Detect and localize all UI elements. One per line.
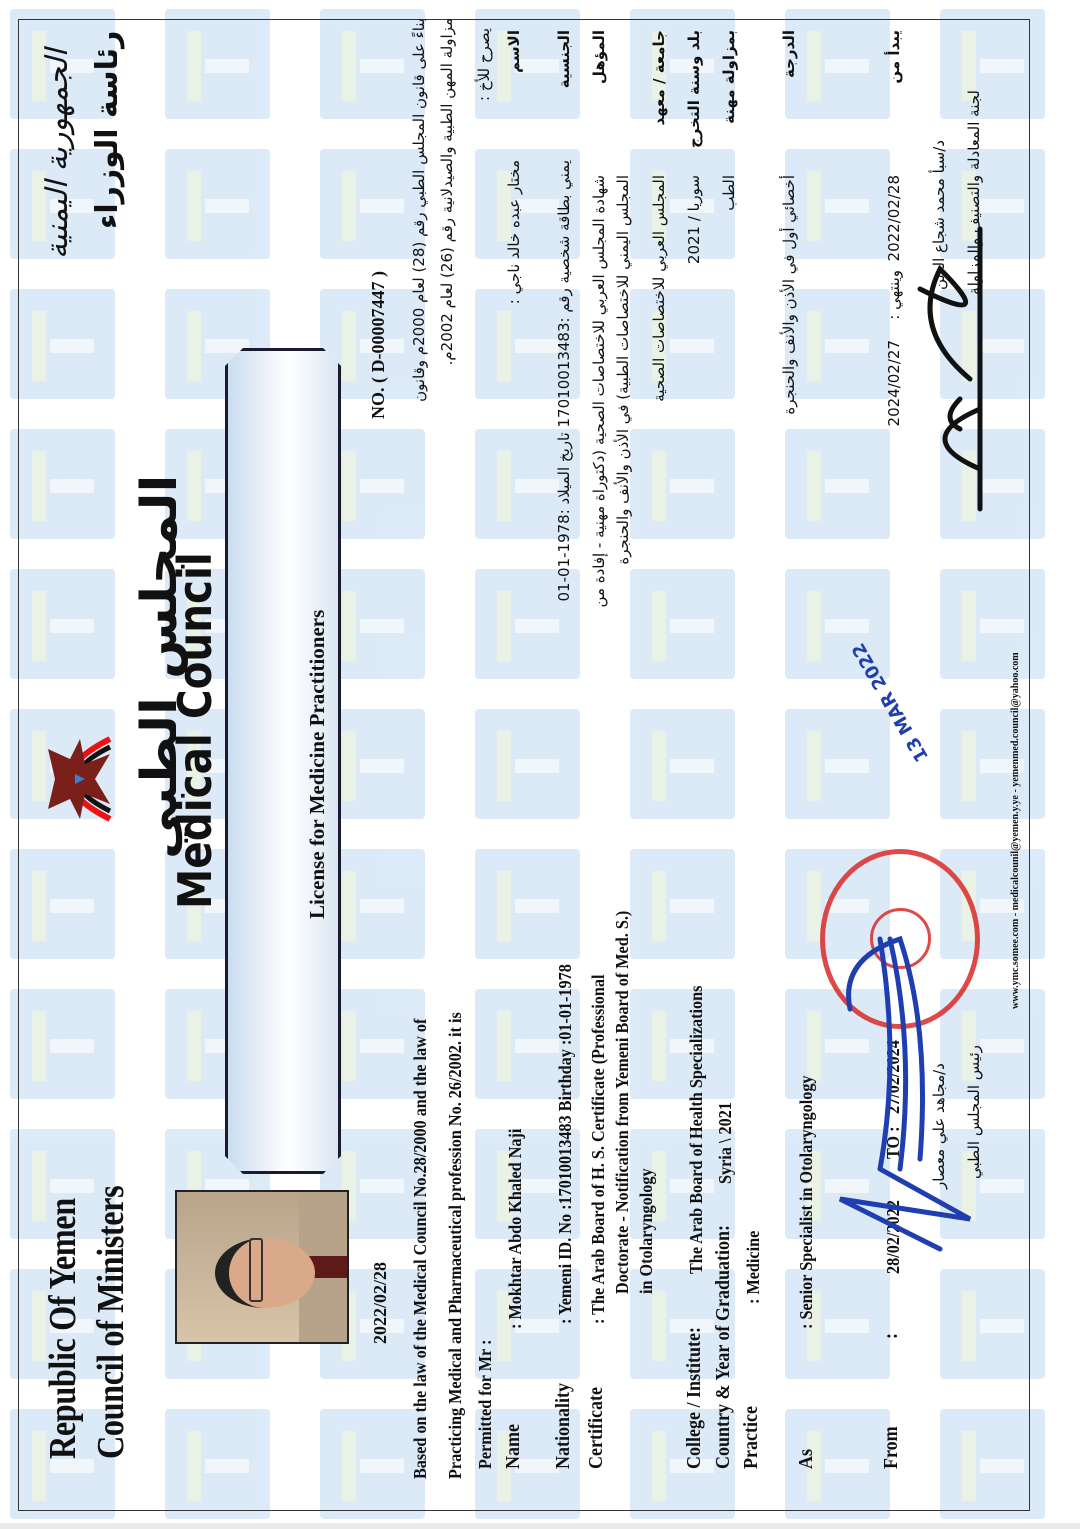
college-label-ar: جامعة / معهد [650, 30, 668, 126]
name-label: Name [502, 1424, 525, 1469]
from-label: From [880, 1426, 903, 1469]
as-label: As [795, 1449, 818, 1469]
scan-bottom-edge [0, 1523, 1080, 1529]
name-label-ar: الاسم [505, 30, 523, 73]
nationality-value-ar: يمني بطاقة شخصية رقم :17010013483 تاريخ … [555, 160, 573, 601]
qualification-value-ar-line2: المجلس اليمني للاختصاصات الطبية) في الأذ… [614, 175, 632, 565]
qualification-label-ar: المؤهل [590, 30, 608, 84]
nationality-label-ar: الجنسية [555, 30, 573, 88]
from-label-ar: يبدأ من [885, 30, 903, 84]
college-value: The Arab Board of Health Specializations [686, 986, 707, 1274]
certificate-value-line1: : The Arab Board of H. S. Certificate (P… [588, 975, 609, 1324]
license-certificate: Republic Of Yemen Council of Ministers 2… [0, 0, 1080, 1529]
practice-label-ar: بمزاولة مهنة [720, 30, 738, 124]
received-date-stamp: 13 MAR 2022 [848, 639, 933, 765]
college-label: College / Institute: [683, 1327, 706, 1469]
license-number-value: ( D-00007447 ) [368, 271, 388, 383]
intro-ar-line3: يصرح للأخ : [475, 28, 493, 101]
graduation-label-ar: بلد وسنة التخرج [685, 30, 703, 148]
graduation-value: Syria \ 2021 [715, 1102, 736, 1184]
signature-blue-icon [820, 929, 1020, 1259]
certificate-value-line2: Doctorate - Notification from Yemeni Boa… [612, 911, 633, 1294]
signature-black-icon [900, 199, 1020, 529]
license-number-label: NO. [368, 388, 388, 420]
college-value-ar: المجلس العربي للاختصاصات الصحية [650, 175, 668, 402]
from-colon: : [880, 1333, 903, 1339]
grade-label-ar: الدرجة [780, 30, 798, 78]
holder-photo [175, 1190, 349, 1344]
practice-value: : Medicine [743, 1231, 764, 1304]
license-title-en: License for Medicine Practitioners [305, 610, 330, 919]
intro-ar-line1: بناءً على قانون المجلس الطبي رقم (28) لع… [410, 18, 428, 402]
name-value: : Mokhtar Abdo Khaled Naji [505, 1129, 526, 1329]
council-of-ministers-en: Council of Ministers [88, 1186, 136, 1459]
qualification-value-ar-line1: شهادة المجلس العربي للاختصاصات الصحية (د… [590, 175, 608, 608]
issue-date: 2022/02/28 [370, 1262, 391, 1344]
footer-contact: www.ymc.somee.com - medicalcounil@yemen.… [1010, 652, 1021, 1009]
as-value: : Senior Specialist in Otolaryngology [796, 1075, 817, 1329]
nationality-value: : Yemeni ID. No :17010013483 Birthday :0… [555, 964, 576, 1324]
certificate-value-line3: in Otolaryngology [636, 1168, 657, 1294]
intro-en-line3: Permitted for Mr : [475, 1340, 496, 1469]
practice-value-ar: الطب [720, 175, 738, 211]
yemen-eagle-emblem-icon [40, 719, 130, 839]
certificate-label: Certificate [585, 1387, 608, 1469]
license-number: NO. ( D-00007447 ) [368, 271, 389, 419]
grade-value-ar: أخصائي أول في الأذن والأنف والحنجرة [780, 175, 798, 415]
council-of-ministers-ar: رئاسة الوزراء [90, 31, 125, 229]
graduation-value-ar: سوريا / 2021 [685, 175, 703, 264]
council-name-en: Medical Council [168, 552, 222, 909]
intro-ar-line2: مزاولة المهن الطبية والصيدلانية رقم (26)… [438, 18, 456, 365]
graduation-label: Country & Year of Graduation: [712, 1225, 735, 1469]
country-name-ar: الجمهورية اليمنية [40, 49, 75, 259]
practice-label: Practice [740, 1406, 763, 1469]
intro-en-line1: Based on the law of the Medical Council … [410, 1019, 431, 1479]
nationality-label: Nationality [552, 1383, 575, 1469]
issuer-title: Republic Of Yemen Council of Ministers [40, 1186, 135, 1459]
name-value-ar: مختار عبده خالد ناجي : [505, 160, 523, 304]
country-name-en: Republic Of Yemen [40, 1186, 88, 1459]
intro-en-line2: Practicing Medical and Pharmaceutical pr… [445, 1012, 466, 1479]
